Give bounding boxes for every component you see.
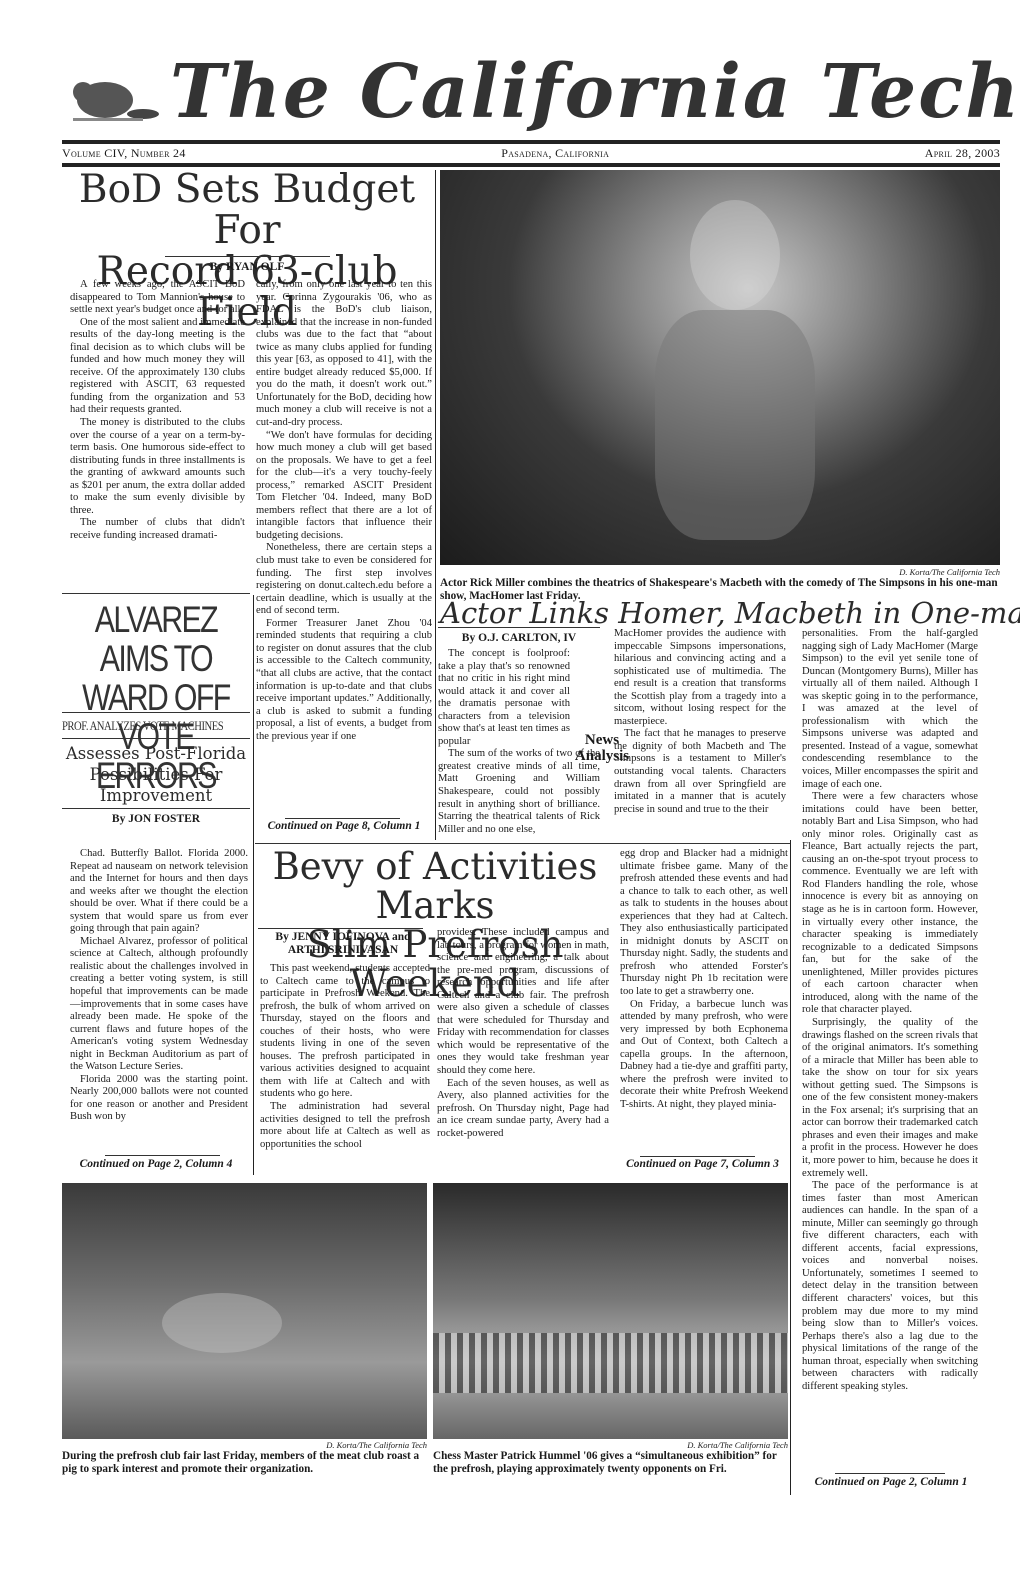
bod-column-2: cally, from only one last year to ten th… [256,279,432,743]
prefrosh-column-1: This past weekend, students accepted to … [260,963,430,1151]
photo-credit: D. Korta/The California Tech [433,1440,788,1450]
alvarez-subhead: Assesses Post-Florida Possibilities For … [62,743,250,806]
prefrosh-column-3: egg drop and Blacker had a midnight ulti… [620,848,788,1111]
paragraph: One of the most salient and immediate re… [70,317,245,417]
photo-caption: During the prefrosh club fair last Frida… [62,1450,427,1475]
macbeth-column-3: personalities. From the half-gargled nag… [802,628,978,1393]
paragraph: Surprisingly, the quality of the drawing… [802,1017,978,1180]
divider [62,808,250,809]
photo-credit: D. Korta/The California Tech [440,567,1000,577]
bod-headline-line1: BoD Sets Budget For [62,170,432,252]
byline-line: By JENNY IOFINOVA and [258,931,428,944]
paragraph: Nonetheless, there are certain steps a c… [256,542,432,617]
location: Pasadena, California [501,146,609,162]
divider [438,627,600,628]
alvarez-kicker: PROF. ANALYZES VOTE MACHINES [62,718,251,734]
paragraph: The money is distributed to the clubs ov… [70,417,245,517]
paragraph: cally, from only one last year to ten th… [256,279,432,430]
divider [105,1155,220,1156]
paragraph: provides. These included campus and lab … [437,927,609,1078]
chessboards [433,1333,788,1393]
bod-column-1: A few weeks ago, the ASCIT BoD disappear… [70,279,245,542]
paragraph: egg drop and Blacker had a midnight ulti… [620,848,788,999]
volume-number: Volume CIV, Number 24 [62,146,186,162]
macbeth-continued-link[interactable]: Continued on Page 2, Column 1 [796,1476,986,1488]
bod-continued-link[interactable]: Continued on Page 8, Column 1 [256,820,432,832]
divider [258,928,423,929]
photo-caption: Chess Master Patrick Hummel '06 gives a … [433,1450,788,1475]
divider [835,1473,945,1474]
alvarez-continued-link[interactable]: Continued on Page 2, Column 4 [62,1158,250,1170]
divider [255,843,790,844]
paragraph: On Friday, a barbecue lunch was attended… [620,999,788,1112]
macbeth-headline: Actor Links Homer, Macbeth in One-man Sh… [440,598,1000,628]
byline-line: ARTHI SRINIVASAN [258,944,428,957]
paragraph: “We don't have formulas for deciding how… [256,430,432,543]
column-rule [435,170,436,840]
macbeth-column-2: MacHomer provides the audience with impe… [614,628,786,816]
paragraph: Each of the seven houses, as well as Ave… [437,1078,609,1141]
paragraph: Florida 2000 was the starting point. Nea… [70,1074,248,1124]
divider [640,1156,755,1157]
bod-byline: By RYAN OLF [62,261,432,273]
paragraph: The administration had several activitie… [260,1101,430,1151]
paragraph: The pace of the performance is at times … [802,1180,978,1393]
dateline: Volume CIV, Number 24 Pasadena, Californ… [62,146,1000,162]
prefrosh-byline: By JENNY IOFINOVA and ARTHI SRINIVASAN [258,931,428,957]
prefrosh-column-2: provides. These included campus and lab … [437,927,609,1140]
photo-subject-body [655,310,815,540]
paragraph: A few weeks ago, the ASCIT BoD disappear… [70,279,245,317]
prefrosh-continued-link[interactable]: Continued on Page 7, Column 3 [615,1158,790,1170]
beaver-icon [65,70,160,130]
paragraph: The number of clubs that didn't receive … [70,517,245,542]
divider [62,712,250,713]
photo-rick-miller [440,170,1000,565]
paragraph: Michael Alvarez, professor of political … [70,936,248,1074]
divider [62,593,250,594]
paragraph: The fact that he manages to preserve the… [614,728,786,816]
macbeth-byline: By O.J. CARLTON, IV [438,632,600,644]
divider [165,256,330,257]
photo-chess-exhibition [433,1183,788,1439]
paragraph: Chad. Butterfly Ballot. Florida 2000. Re… [70,848,248,936]
photo-meat-club-pig-roast [62,1183,427,1439]
masthead-rule-top [62,140,1000,144]
photo-subject [690,200,780,310]
alvarez-byline: By JON FOSTER [62,813,250,825]
alvarez-body: Chad. Butterfly Ballot. Florida 2000. Re… [70,848,248,1124]
divider [285,818,400,819]
divider [62,738,250,739]
column-rule [253,595,254,1175]
photo-subject [162,1293,282,1353]
masthead-title: The California Tech [170,42,1000,142]
photo-credit: D. Korta/The California Tech [62,1440,427,1450]
prefrosh-headline-line1: Bevy of Activities Marks [255,848,615,926]
paragraph: Former Treasurer Janet Zhou '04 reminded… [256,618,432,743]
paragraph: There were a few characters whose imitat… [802,791,978,1017]
column-rule [790,840,791,1495]
issue-date: April 28, 2003 [925,146,1000,162]
paragraph: personalities. From the half-gargled nag… [802,628,978,791]
paragraph: MacHomer provides the audience with impe… [614,628,786,728]
paragraph: This past weekend, students accepted to … [260,963,430,1101]
